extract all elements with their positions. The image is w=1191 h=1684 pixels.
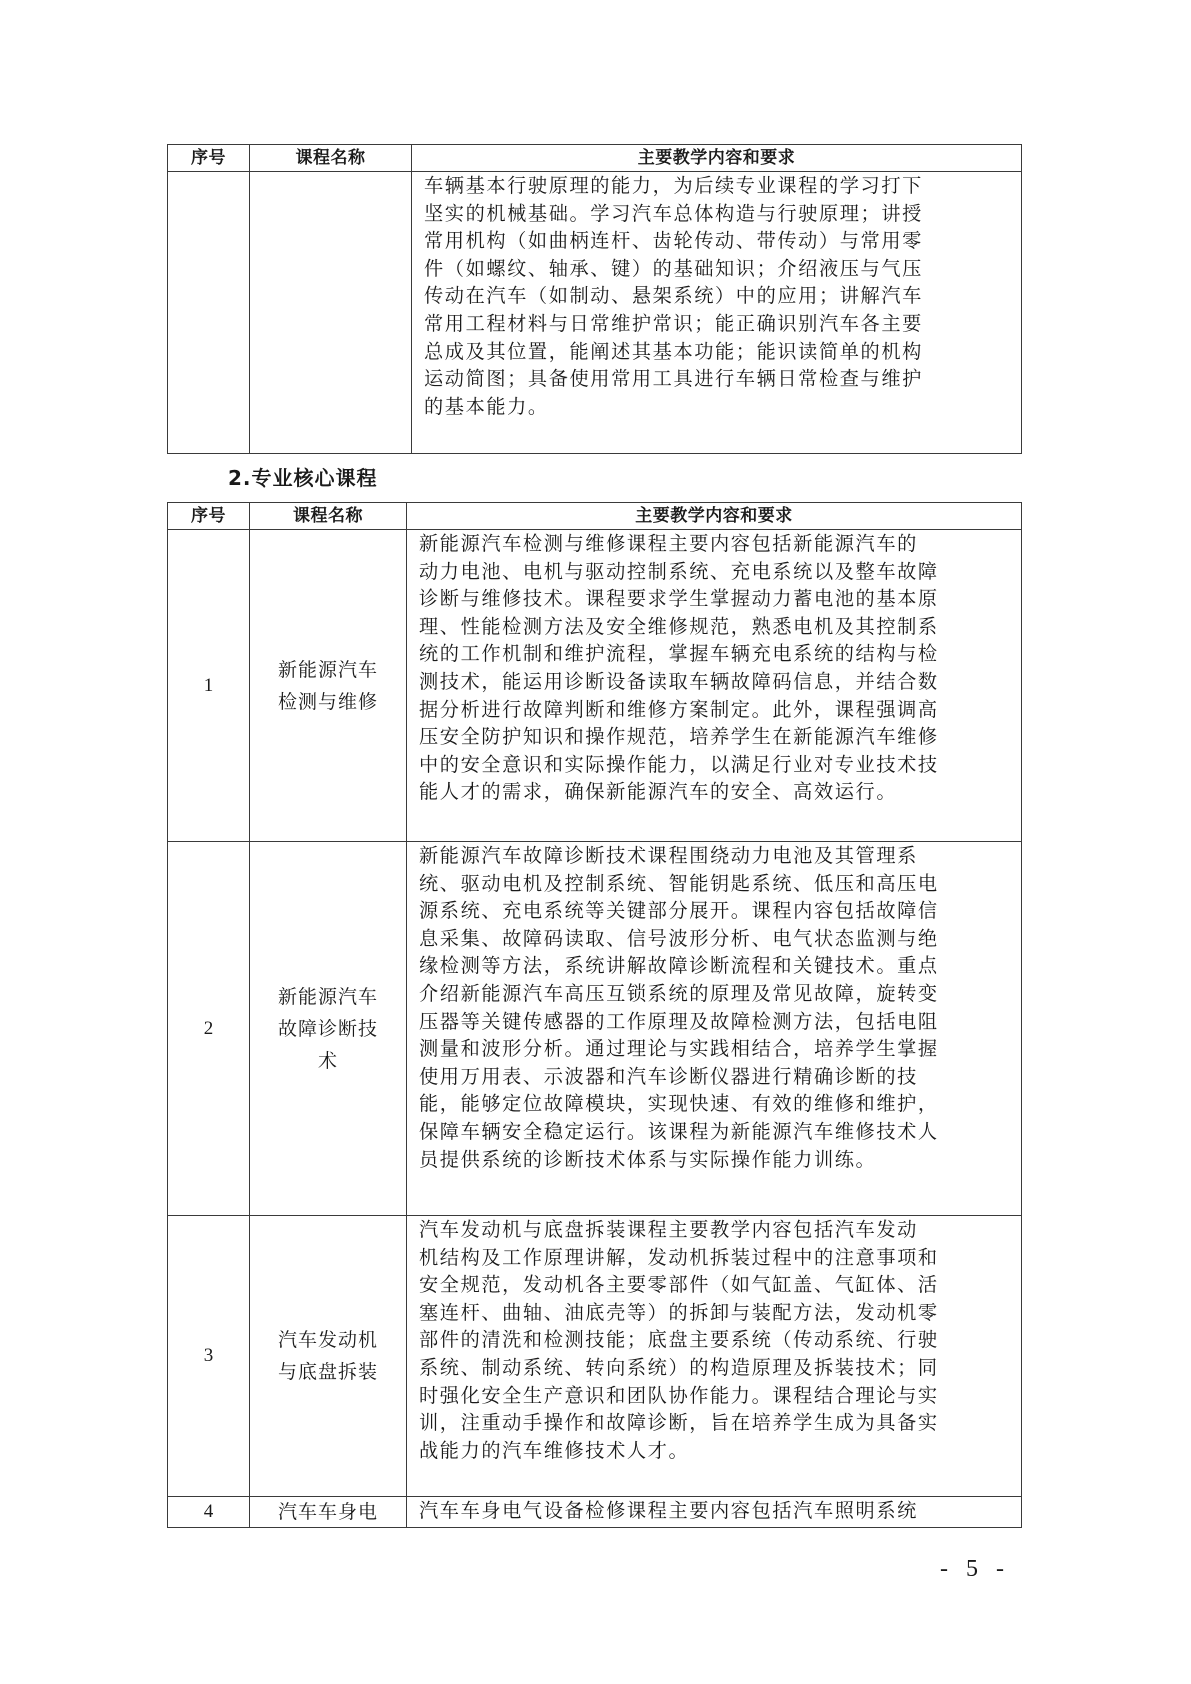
header-content: 主要教学内容和要求: [407, 503, 1022, 530]
cell-no: 3: [168, 1216, 250, 1497]
header-no: 序号: [168, 503, 250, 530]
content-line: 件（如螺纹、轴承、键）的基础知识；介绍液压与气压: [424, 255, 1015, 283]
cell-content: 汽车发动机与底盘拆装课程主要教学内容包括汽车发动 机结构及工作原理讲解，发动机拆…: [407, 1216, 1022, 1497]
table-row: 3 汽车发动机 与底盘拆装 汽车发动机与底盘拆装课程主要教学内容包括汽车发动 机…: [168, 1216, 1022, 1497]
course-name-line: 故障诊断技: [260, 1013, 396, 1045]
content-line: 统的工作机制和维护流程，掌握车辆充电系统的结构与检: [419, 640, 1015, 668]
cell-content: 新能源汽车检测与维修课程主要内容包括新能源汽车的 动力电池、电机与驱动控制系统、…: [407, 530, 1022, 842]
course-name-line: 新能源汽车: [260, 654, 396, 686]
content-line: 使用万用表、示波器和汽车诊断仪器进行精确诊断的技: [419, 1063, 1015, 1091]
content-line: 息采集、故障码读取、信号波形分析、电气状态监测与绝: [419, 925, 1015, 953]
cell-course-name: 新能源汽车 检测与维修: [250, 530, 407, 842]
cell-course-name: 汽车发动机 与底盘拆装: [250, 1216, 407, 1497]
content-line: 训，注重动手操作和故障诊断，旨在培养学生成为具备实: [419, 1409, 1015, 1437]
cell-course-name: [250, 172, 412, 454]
content-line: 员提供系统的诊断技术体系与实际操作能力训练。: [419, 1146, 1015, 1174]
core-courses-table: 序号 课程名称 主要教学内容和要求 1 新能源汽车 检测与维修 新能源汽车检测与…: [167, 502, 1022, 1528]
table-row: 2 新能源汽车 故障诊断技 术 新能源汽车故障诊断技术课程围绕动力电池及其管理系…: [168, 842, 1022, 1216]
cell-no: [168, 172, 250, 454]
content-line: 统、驱动电机及控制系统、智能钥匙系统、低压和高压电: [419, 870, 1015, 898]
content-line: 据分析进行故障判断和维修方案制定。此外，课程强调高: [419, 696, 1015, 724]
table-row: 4 汽车车身电 汽车车身电气设备检修课程主要内容包括汽车照明系统: [168, 1497, 1022, 1528]
content-line: 坚实的机械基础。学习汽车总体构造与行驶原理；讲授: [424, 200, 1015, 228]
document-page: 序号 课程名称 主要教学内容和要求 车辆基本行驶原理的能力，为后续专业课程的学习…: [0, 0, 1191, 1684]
content-line: 时强化安全生产意识和团队协作能力。课程结合理论与实: [419, 1382, 1015, 1410]
content-line: 安全规范，发动机各主要零部件（如气缸盖、气缸体、活: [419, 1271, 1015, 1299]
content-line: 测量和波形分析。通过理论与实践相结合，培养学生掌握: [419, 1035, 1015, 1063]
content-line: 传动在汽车（如制动、悬架系统）中的应用；讲解汽车: [424, 282, 1015, 310]
cell-course-name: 汽车车身电: [250, 1497, 407, 1528]
content-line: 塞连杆、曲轴、油底壳等）的拆卸与装配方法，发动机零: [419, 1299, 1015, 1327]
content-line: 能人才的需求，确保新能源汽车的安全、高效运行。: [419, 778, 1015, 806]
content-line: 新能源汽车检测与维修课程主要内容包括新能源汽车的: [419, 530, 1015, 558]
content-line: 源系统、充电系统等关键部分展开。课程内容包括故障信: [419, 897, 1015, 925]
page-number: - 5 -: [940, 1556, 1010, 1583]
table-header-row: 序号 课程名称 主要教学内容和要求: [168, 145, 1022, 172]
content-line: 总成及其位置，能阐述其基本功能；能识读简单的机构: [424, 338, 1015, 366]
course-name-line: 新能源汽车: [260, 981, 396, 1013]
content-line: 新能源汽车故障诊断技术课程围绕动力电池及其管理系: [419, 842, 1015, 870]
table-row: 1 新能源汽车 检测与维修 新能源汽车检测与维修课程主要内容包括新能源汽车的 动…: [168, 530, 1022, 842]
content-line: 压安全防护知识和操作规范，培养学生在新能源汽车维修: [419, 723, 1015, 751]
content-line: 的基本能力。: [424, 393, 1015, 421]
cell-content: 汽车车身电气设备检修课程主要内容包括汽车照明系统: [407, 1497, 1022, 1528]
content-line: 常用工程材料与日常维护常识；能正确识别汽车各主要: [424, 310, 1015, 338]
table-header-row: 序号 课程名称 主要教学内容和要求: [168, 503, 1022, 530]
cell-content: 车辆基本行驶原理的能力，为后续专业课程的学习打下 坚实的机械基础。学习汽车总体构…: [412, 172, 1022, 454]
cell-no: 4: [168, 1497, 250, 1528]
cell-no: 2: [168, 842, 250, 1216]
content-line: 动力电池、电机与驱动控制系统、充电系统以及整车故障: [419, 558, 1015, 586]
header-no: 序号: [168, 145, 250, 172]
content-line: 保障车辆安全稳定运行。该课程为新能源汽车维修技术人: [419, 1118, 1015, 1146]
course-name-line: 术: [260, 1045, 396, 1077]
cell-content: 新能源汽车故障诊断技术课程围绕动力电池及其管理系 统、驱动电机及控制系统、智能钥…: [407, 842, 1022, 1216]
header-course-name: 课程名称: [250, 503, 407, 530]
content-line: 诊断与维修技术。课程要求学生掌握动力蓄电池的基本原: [419, 585, 1015, 613]
content-line: 缘检测等方法，系统讲解故障诊断流程和关键技术。重点: [419, 952, 1015, 980]
cell-course-name: 新能源汽车 故障诊断技 术: [250, 842, 407, 1216]
general-courses-table-continued: 序号 课程名称 主要教学内容和要求 车辆基本行驶原理的能力，为后续专业课程的学习…: [167, 144, 1022, 454]
content-line: 压器等关键传感器的工作原理及故障检测方法，包括电阻: [419, 1008, 1015, 1036]
cell-no: 1: [168, 530, 250, 842]
content-line: 车辆基本行驶原理的能力，为后续专业课程的学习打下: [424, 172, 1015, 200]
content-line: 战能力的汽车维修技术人才。: [419, 1437, 1015, 1465]
content-line: 运动简图；具备使用常用工具进行车辆日常检查与维护: [424, 365, 1015, 393]
content-line: 中的安全意识和实际操作能力，以满足行业对专业技术技: [419, 751, 1015, 779]
table-row: 车辆基本行驶原理的能力，为后续专业课程的学习打下 坚实的机械基础。学习汽车总体构…: [168, 172, 1022, 454]
header-content: 主要教学内容和要求: [412, 145, 1022, 172]
content-line: 介绍新能源汽车高压互锁系统的原理及常见故障，旋转变: [419, 980, 1015, 1008]
content-line: 部件的清洗和检测技能；底盘主要系统（传动系统、行驶: [419, 1326, 1015, 1354]
section-heading-core-courses: 2.专业核心课程: [228, 462, 378, 491]
course-name-line: 汽车车身电: [260, 1498, 396, 1526]
course-name-line: 汽车发动机: [260, 1324, 396, 1356]
content-line: 汽车车身电气设备检修课程主要内容包括汽车照明系统: [419, 1497, 1015, 1525]
content-line: 能，能够定位故障模块，实现快速、有效的维修和维护，: [419, 1090, 1015, 1118]
content-line: 汽车发动机与底盘拆装课程主要教学内容包括汽车发动: [419, 1216, 1015, 1244]
course-name-line: 检测与维修: [260, 686, 396, 718]
header-course-name: 课程名称: [250, 145, 412, 172]
content-line: 系统、制动系统、转向系统）的构造原理及拆装技术；同: [419, 1354, 1015, 1382]
content-line: 常用机构（如曲柄连杆、齿轮传动、带传动）与常用零: [424, 227, 1015, 255]
content-line: 理、性能检测方法及安全维修规范，熟悉电机及其控制系: [419, 613, 1015, 641]
course-name-line: 与底盘拆装: [260, 1356, 396, 1388]
content-line: 测技术，能运用诊断设备读取车辆故障码信息，并结合数: [419, 668, 1015, 696]
content-line: 机结构及工作原理讲解，发动机拆装过程中的注意事项和: [419, 1244, 1015, 1272]
